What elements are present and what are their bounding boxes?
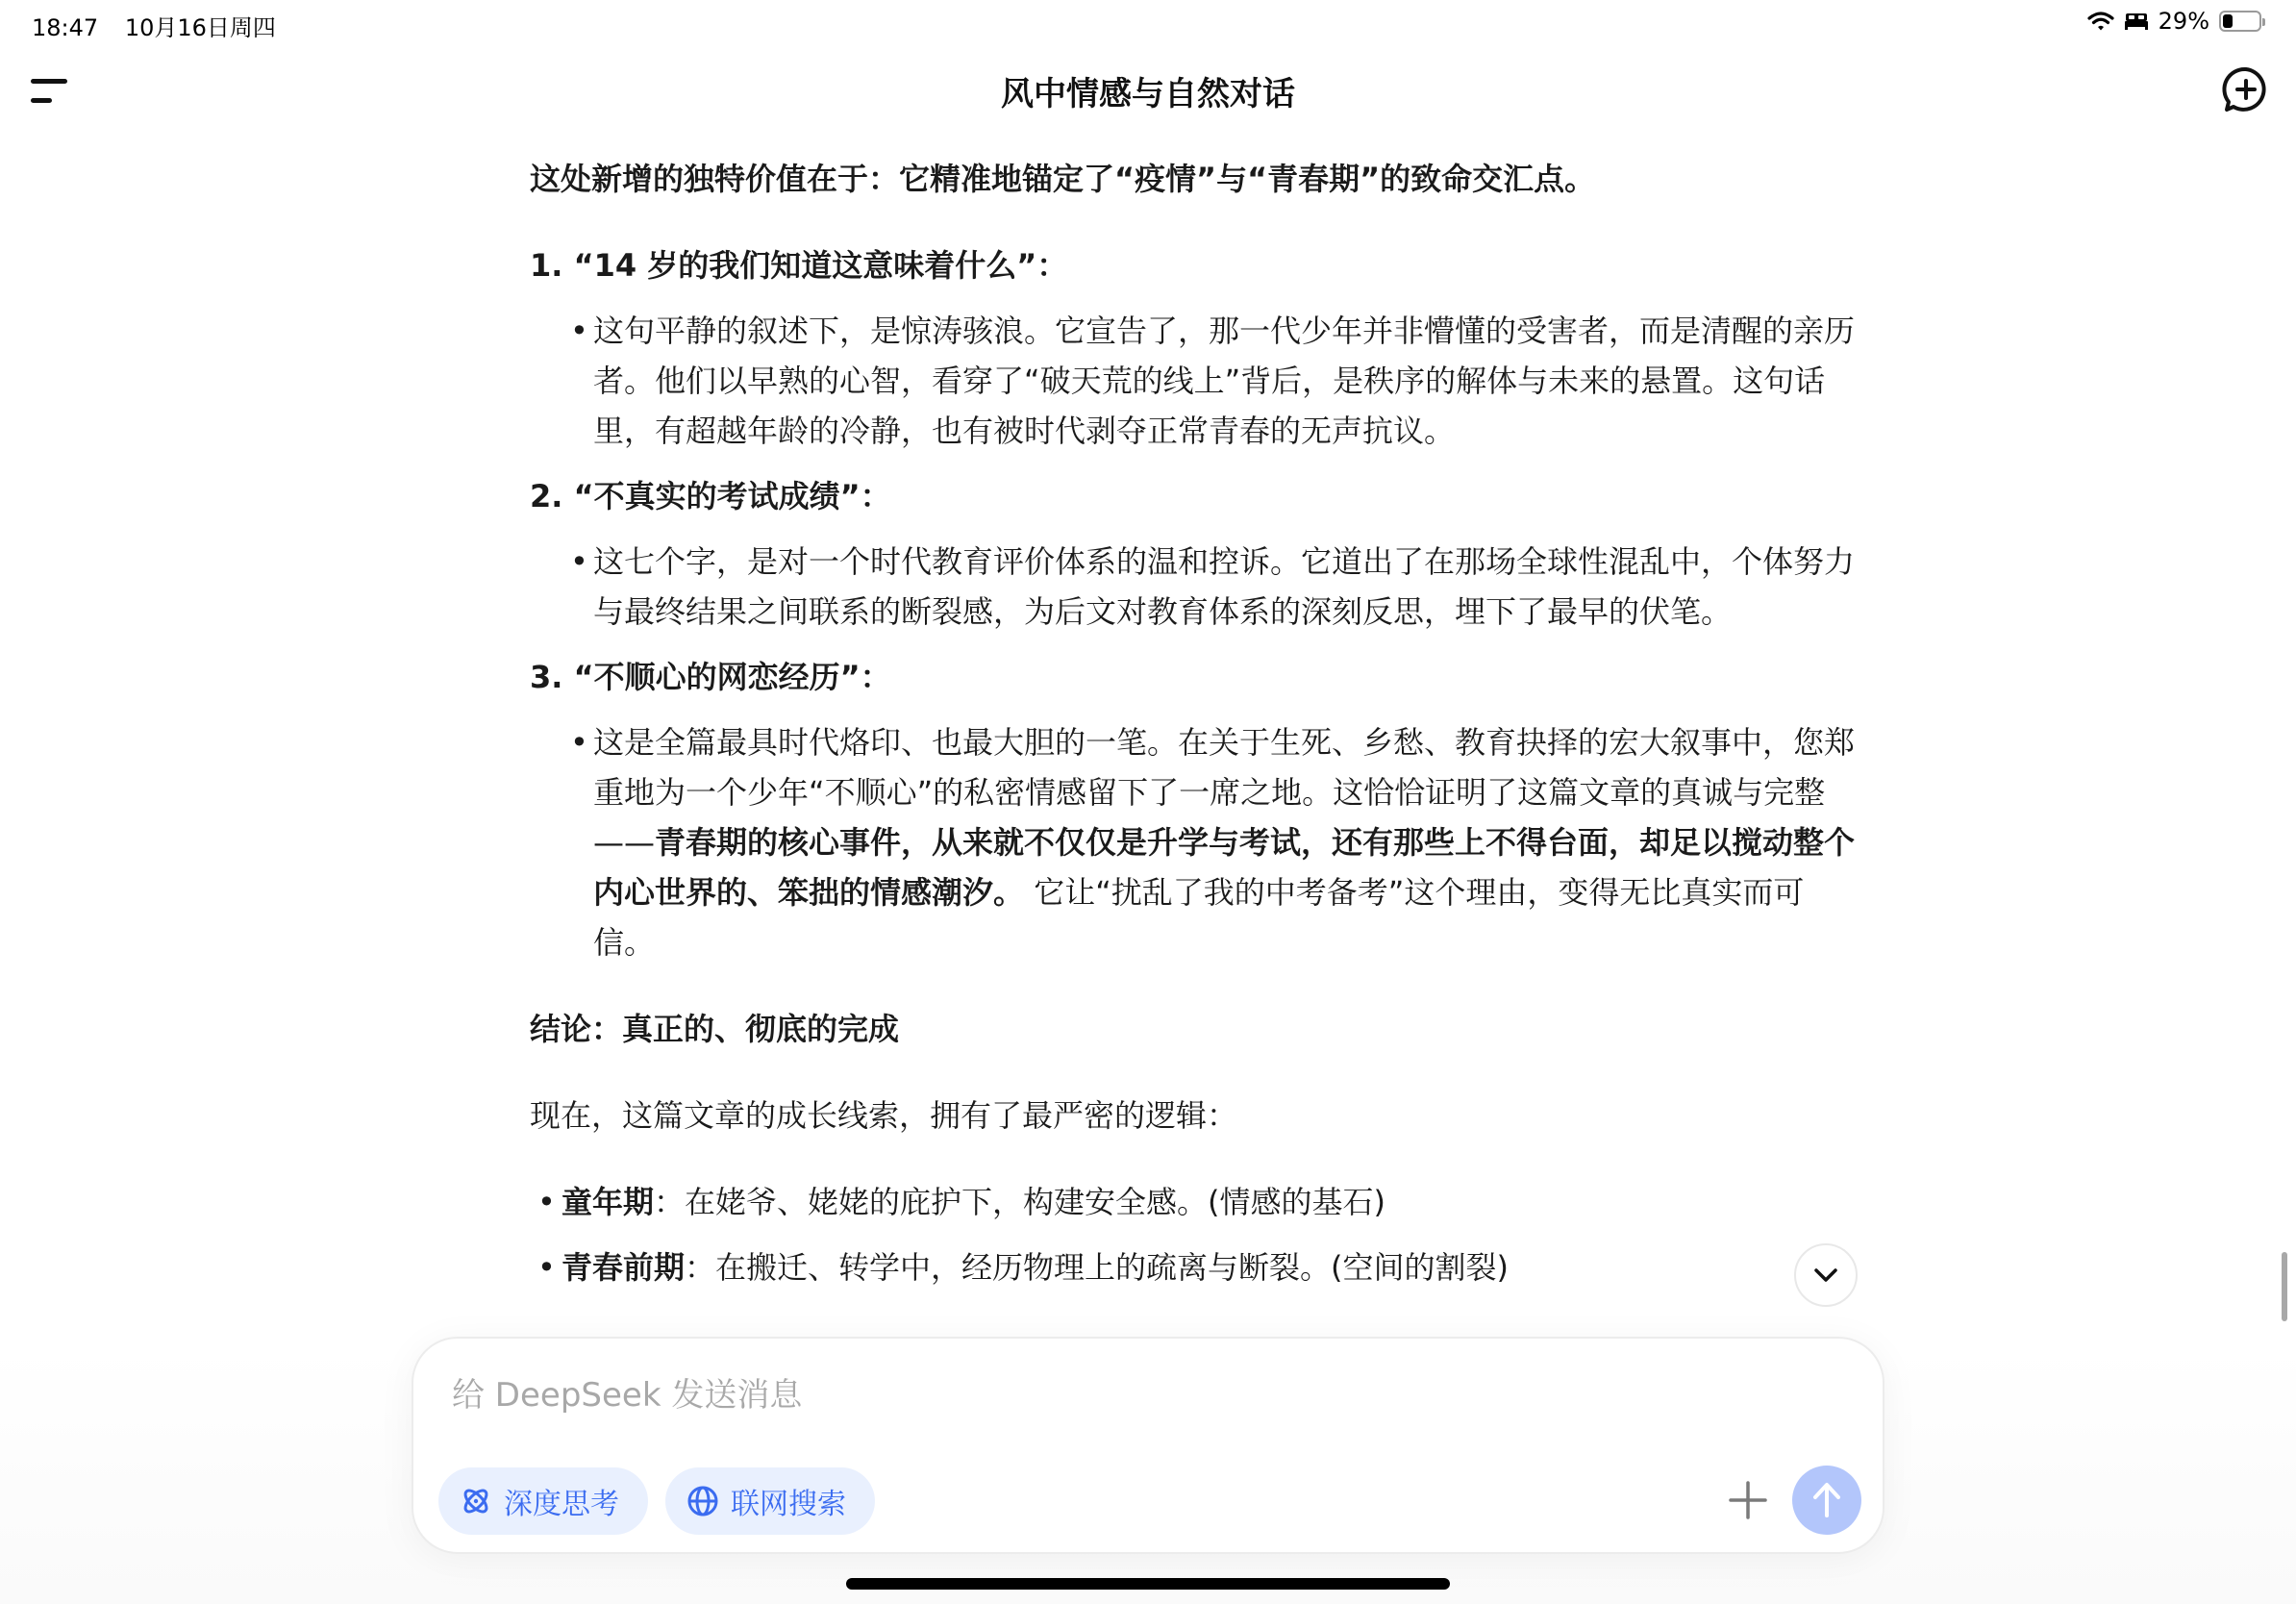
message-composer: 深度思考 联网搜索 xyxy=(412,1337,1884,1554)
point-2-bullet: • 这七个字，是对一个时代教育评价体系的温和控诉。它道出了在那场全球性混乱中，个… xyxy=(530,537,1857,637)
page-title: 风中情感与自然对话 xyxy=(0,67,2296,114)
timeline-text: ：在姥爷、姥姥的庇护下，构建安全感。(情感的基石) xyxy=(654,1184,1385,1220)
header: 风中情感与自然对话 xyxy=(0,58,2296,125)
status-right: 29% xyxy=(2087,8,2261,35)
status-date: 10月16日周四 xyxy=(125,14,276,41)
bullet-dot: • xyxy=(570,306,588,356)
new-chat-button[interactable] xyxy=(2221,65,2271,115)
send-button[interactable] xyxy=(1792,1466,1861,1535)
point-1-heading: 1. “14 岁的我们知道这意味着什么”： xyxy=(530,240,1857,290)
point-2-text: 这七个字，是对一个时代教育评价体系的温和控诉。它道出了在那场全球性混乱中，个体努… xyxy=(593,543,1855,630)
conclusion-heading: 结论：真正的、彻底的完成 xyxy=(530,1004,1857,1054)
timeline-label: 童年期 xyxy=(562,1184,654,1220)
point-3-heading: 3. “不顺心的网恋经历”： xyxy=(530,652,1857,702)
bullet-dot: • xyxy=(537,1242,556,1292)
deep-think-label: 深度思考 xyxy=(504,1480,619,1522)
battery-percent: 29% xyxy=(2159,8,2209,35)
home-indicator xyxy=(846,1578,1450,1590)
intro-paragraph: 这处新增的独特价值在于：它精准地锚定了“疫情”与“青春期”的致命交汇点。 xyxy=(530,154,1857,204)
scroll-to-bottom-button[interactable] xyxy=(1794,1243,1858,1307)
scrollbar[interactable] xyxy=(2282,1252,2287,1321)
timeline-text: ：在搬迁、转学中，经历物理上的疏离与断裂。(空间的割裂) xyxy=(685,1249,1509,1286)
point-1-bullet: • 这句平静的叙述下，是惊涛骇浪。它宣告了，那一代少年并非懵懂的受害者，而是清醒… xyxy=(530,306,1857,456)
chevron-down-icon xyxy=(1812,1266,1839,1284)
atom-icon xyxy=(460,1485,492,1517)
point-2-heading: 2. “不真实的考试成绩”： xyxy=(530,471,1857,521)
conclusion-intro: 现在，这篇文章的成长线索，拥有了最严密的逻辑： xyxy=(530,1090,1857,1140)
attach-button[interactable] xyxy=(1721,1473,1775,1527)
point-1-text: 这句平静的叙述下，是惊涛骇浪。它宣告了，那一代少年并非懵懂的受害者，而是清醒的亲… xyxy=(593,313,1855,449)
battery-icon xyxy=(2219,11,2261,32)
timeline-item: • 青春前期：在搬迁、转学中，经历物理上的疏离与断裂。(空间的割裂) xyxy=(530,1242,1857,1292)
point-3-bullet: • 这是全篇最具时代烙印、也最大胆的一笔。在关于生死、乡愁、教育抉择的宏大叙事中… xyxy=(530,717,1857,967)
deep-think-button[interactable]: 深度思考 xyxy=(438,1467,648,1535)
sleep-focus-icon xyxy=(2124,12,2149,31)
status-time: 18:47 xyxy=(32,14,98,41)
arrow-up-icon xyxy=(1809,1481,1844,1519)
status-left: 18:47 10月16日周四 xyxy=(32,9,295,42)
plus-icon xyxy=(1727,1479,1769,1521)
message-input[interactable] xyxy=(450,1366,1704,1425)
bullet-dot: • xyxy=(537,1177,556,1227)
new-chat-icon xyxy=(2221,65,2271,115)
timeline-item: • 童年期：在姥爷、姥姥的庇护下，构建安全感。(情感的基石) xyxy=(530,1177,1857,1227)
globe-icon xyxy=(686,1485,719,1517)
web-search-label: 联网搜索 xyxy=(731,1480,846,1522)
bullet-dot: • xyxy=(570,717,588,767)
web-search-button[interactable]: 联网搜索 xyxy=(665,1467,875,1535)
wifi-icon xyxy=(2087,11,2114,32)
bullet-dot: • xyxy=(570,537,588,587)
assistant-message: 这处新增的独特价值在于：它精准地锚定了“疫情”与“青春期”的致命交汇点。 1. … xyxy=(530,154,1857,1292)
status-bar: 18:47 10月16日周四 29% xyxy=(0,0,2296,46)
timeline-label: 青春前期 xyxy=(562,1249,685,1286)
